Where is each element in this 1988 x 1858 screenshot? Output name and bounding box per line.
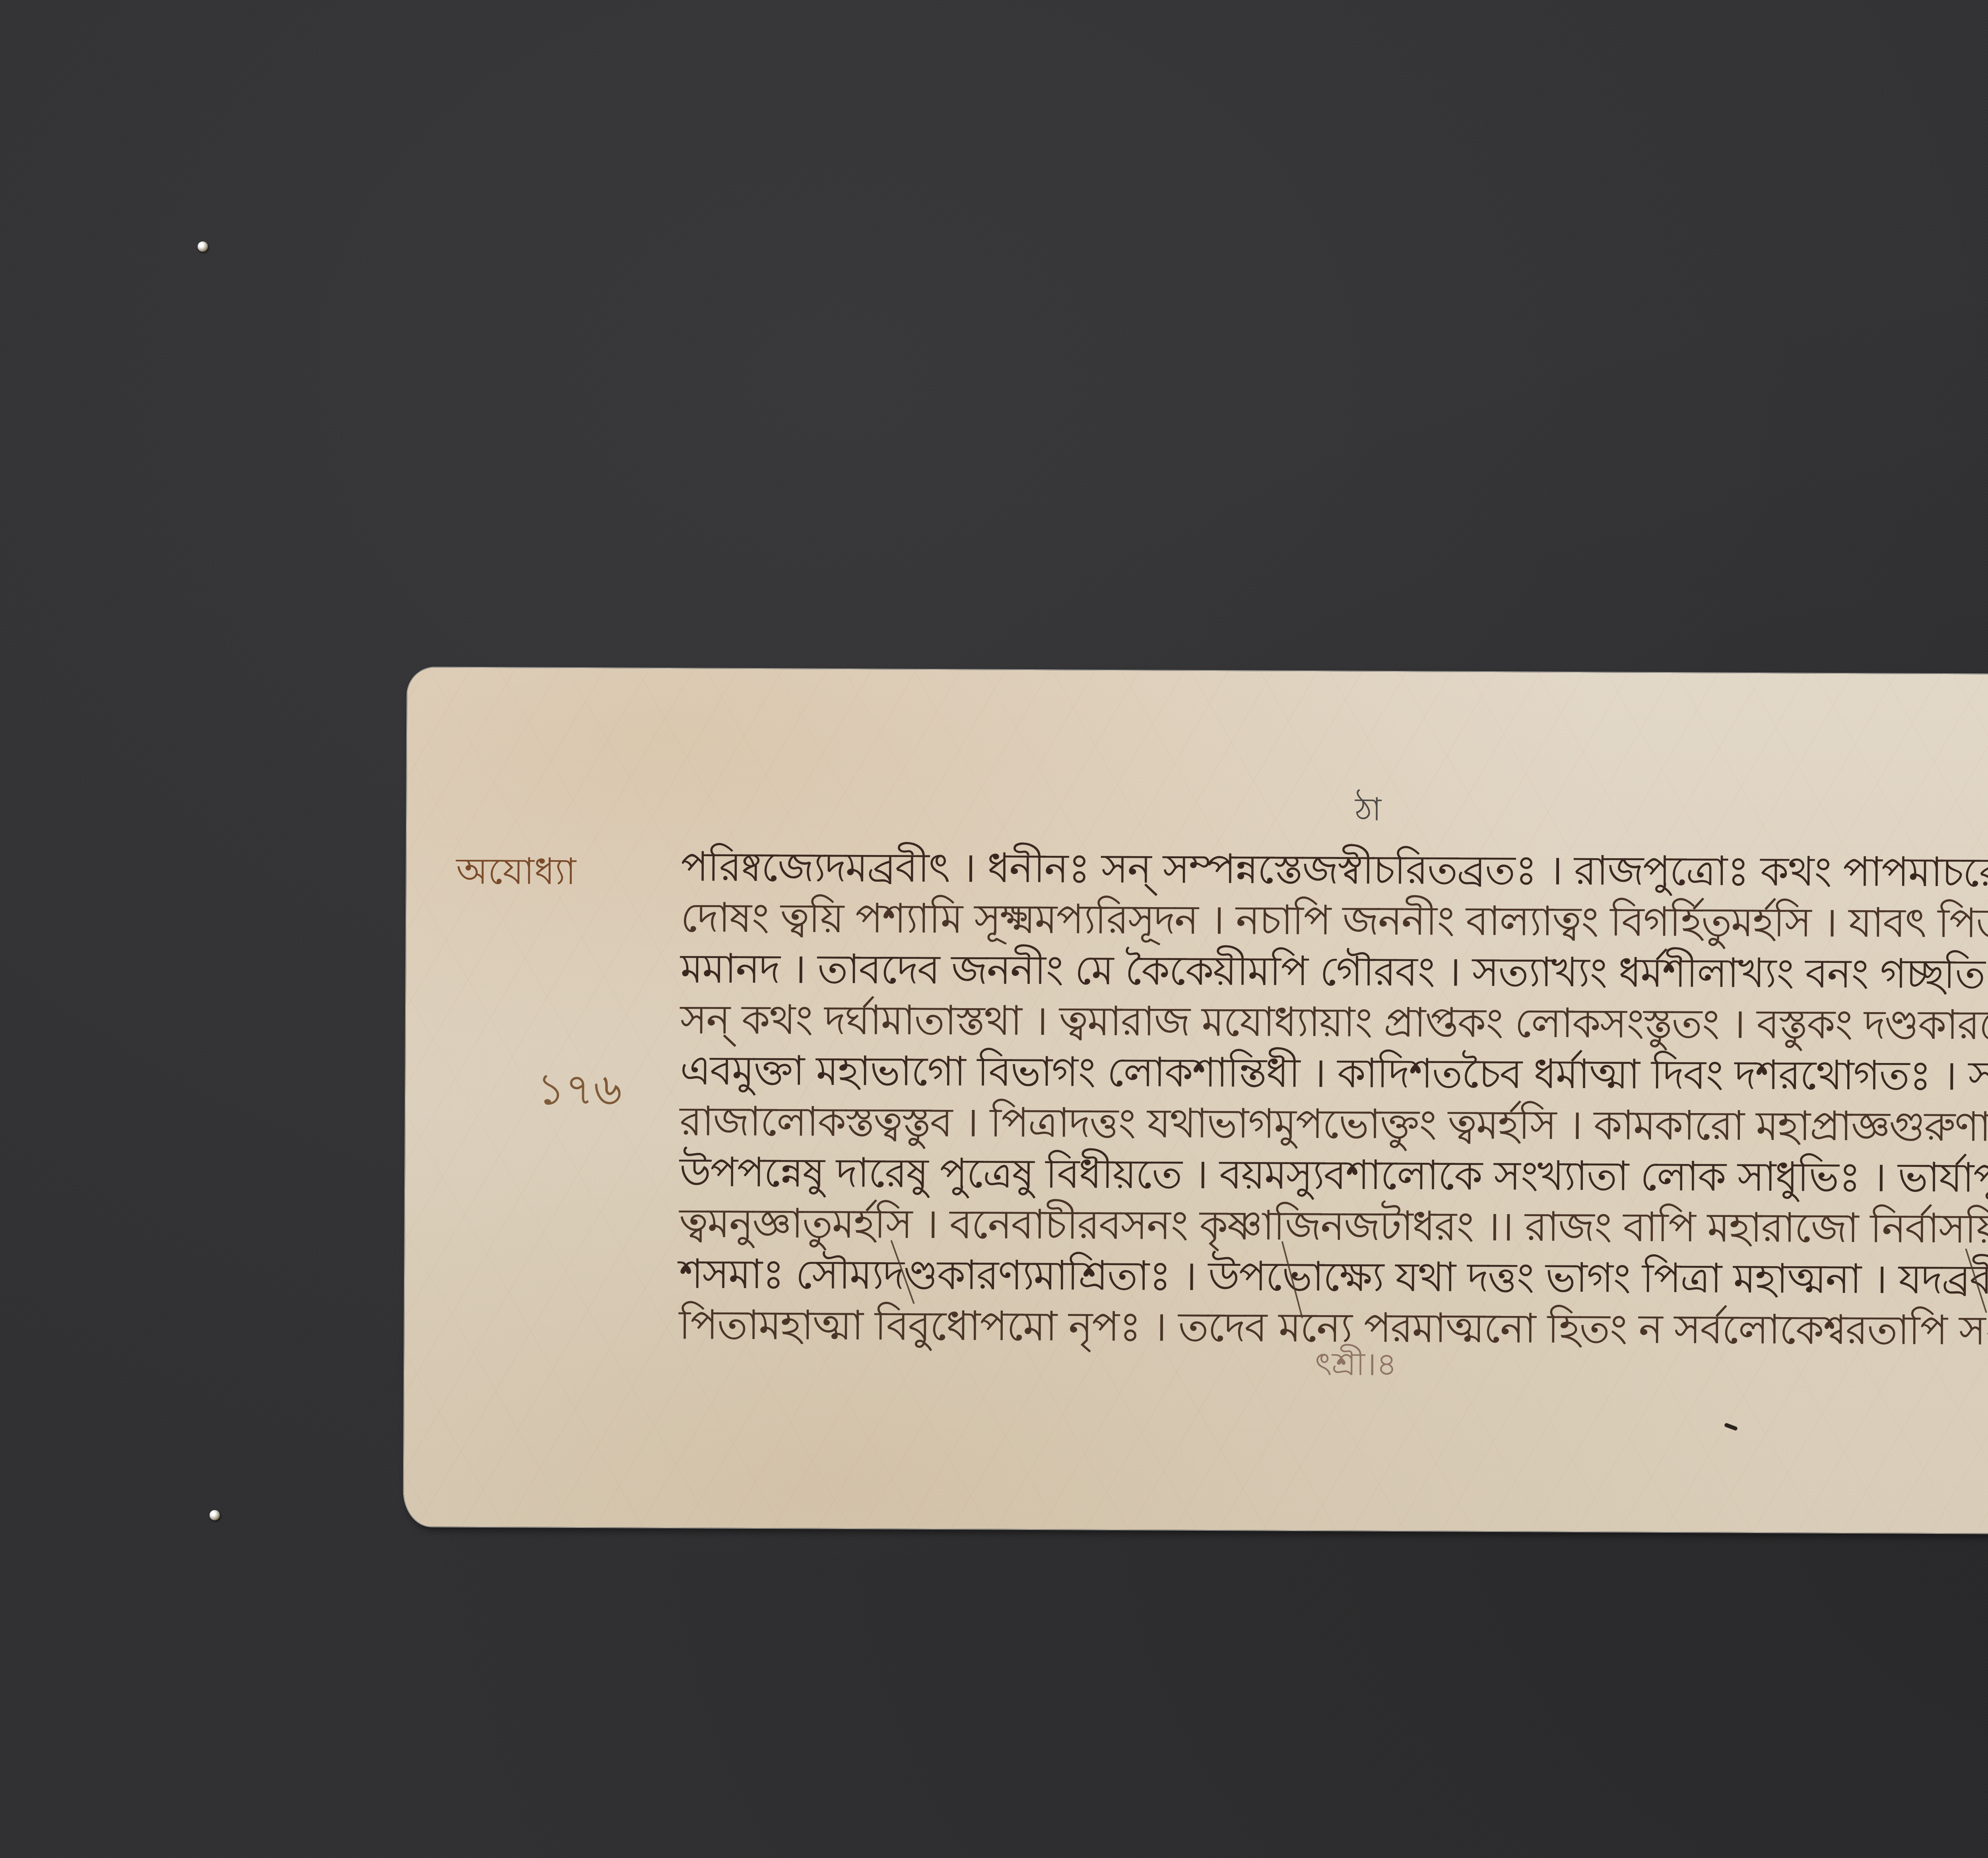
margin-left-folio-number: ১৭৬ — [537, 1056, 622, 1129]
manuscript-folio: ঠা অযোধ্যা ১৭৬ ৩।। পরিষ্বজ্যেদমব্রবীৎ । … — [404, 667, 1988, 1536]
folio-top-marker: ঠা — [1355, 785, 1382, 838]
text-line: রাজালোকস্তত্বস্তুব । পিত্রাদত্তং যথাভাগম… — [679, 1096, 1988, 1154]
footer-mark: ৎশ্রী।৪ — [1315, 1339, 1397, 1393]
pin-icon — [198, 241, 208, 252]
manuscript-text-block: পরিষ্বজ্যেদমব্রবীৎ । ধনীনঃ সন্ সম্পন্নস্… — [679, 842, 1988, 1358]
text-line: শসমাঃ সৌম্যদণ্ডকারণ্যমাশ্রিতাঃ । উপভোক্ষ… — [679, 1249, 1988, 1307]
text-line: উপপন্নেষু দারেষু পুত্রেষু বিধীয়তে । বয়… — [679, 1147, 1988, 1205]
text-line: ত্বমনুজ্ঞাতুমর্হসি । বনেবাচীরবসনং কৃষ্ণা… — [679, 1198, 1988, 1256]
text-line: মমানদ । তাবদেব জননীং মে কৈকেয়ীমপি গৌরবং… — [680, 943, 1988, 1001]
margin-book-title: অযোধ্যা — [456, 843, 576, 904]
text-line: সন্ কথং দর্ঘামাতাস্তথা । ত্বমারাজ মযোধ্য… — [680, 994, 1988, 1052]
text-line: এবমুক্তা মহাভাগো বিভাগং লোকশান্তিধী । কা… — [680, 1045, 1988, 1103]
text-line: পরিষ্বজ্যেদমব্রবীৎ । ধনীনঃ সন্ সম্পন্নস্… — [681, 842, 1988, 900]
pin-icon — [210, 1510, 220, 1520]
text-line: দোষং ত্বয়ি পশ্যামি সূক্ষ্মমপ্যরিসূদন । … — [681, 892, 1988, 950]
